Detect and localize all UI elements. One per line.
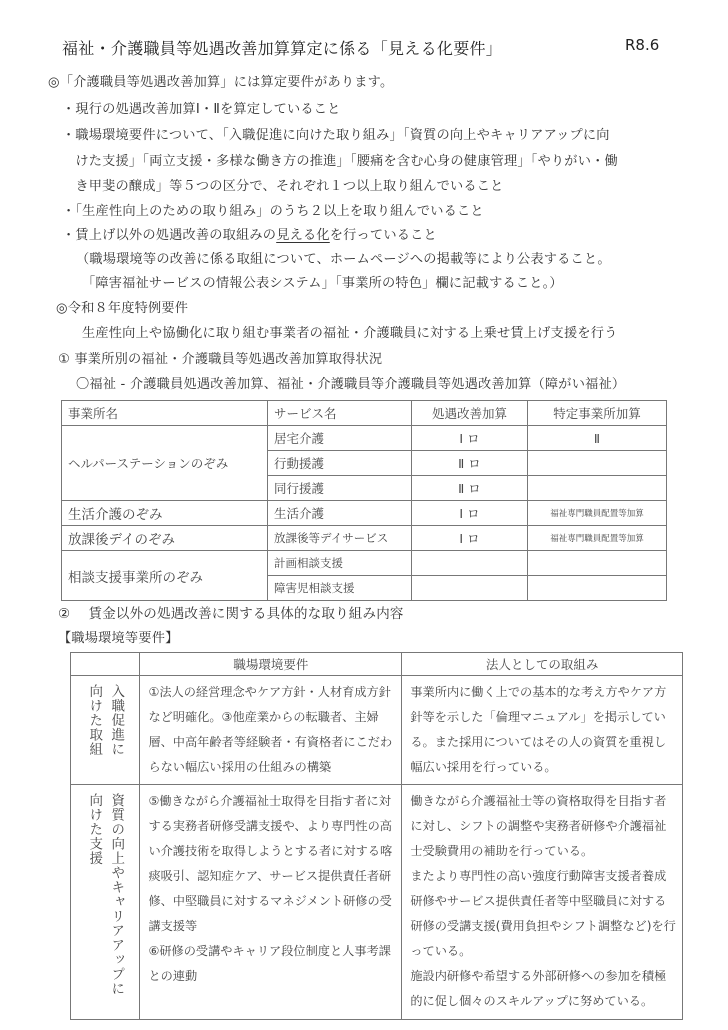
category-cell: 入職促進に 向けた取組 xyxy=(71,676,140,785)
allowance-status-table: 事業所名 サービス名 処遇改善加算 特定事業所加算 ヘルパーステーションのぞみ … xyxy=(61,400,667,601)
tokutei-value xyxy=(528,476,667,501)
intro-note: 「障害福祉サービスの情報公表システム」「事業所の特色」欄に記載すること。） xyxy=(82,272,563,291)
requirement-text: ①法人の経営理念やケア方針・人材育成方針など明確化。③他産業からの転職者、主婦層… xyxy=(140,676,402,785)
header-office: 事業所名 xyxy=(62,401,268,426)
table-row: 相談支援事業所のぞみ 計画相談支援 xyxy=(62,551,667,576)
section1-heading: ① 事業所別の福祉・介護職員等処遇改善加算取得状況 xyxy=(58,348,382,367)
table-row: ヘルパーステーションのぞみ 居宅介護 Ⅰ ロ Ⅱ xyxy=(62,426,667,451)
action-text: 事業所内に働く上での基本的な考え方やケア方針等を示した「倫理マニュアル」を掲示し… xyxy=(402,676,683,785)
office-name: 相談支援事業所のぞみ xyxy=(62,551,268,601)
workplace-requirements-table: 職場環境要件 法人としての取組み 入職促進に 向けた取組 ①法人の経営理念やケア… xyxy=(70,652,683,1020)
intro-note: （職場環境等の改善に係る取組について、ホームページへの掲載等により公表すること。 xyxy=(76,248,611,267)
requirement-text: ⑤働きながら介護福祉士取得を目指す者に対する実務者研修受講支援や、より専門性の高… xyxy=(140,785,402,1020)
document-title: 福祉・介護職員等処遇改善加算算定に係る「見える化要件」 xyxy=(62,36,502,59)
section2-heading: ② 賃金以外の処遇改善に関する具体的な取り組み内容 xyxy=(58,602,404,622)
header-action: 法人としての取組み xyxy=(402,653,683,676)
office-name: 生活介護のぞみ xyxy=(62,501,268,526)
service-name: 同行援護 xyxy=(268,476,412,501)
service-name: 障害児相談支援 xyxy=(268,576,412,601)
category-label: 資質の向上やキャリアアップに xyxy=(108,793,124,996)
service-name: 居宅介護 xyxy=(268,426,412,451)
office-name: ヘルパーステーションのぞみ xyxy=(62,426,268,501)
header-kaizen: 処遇改善加算 xyxy=(412,401,528,426)
category-cell: 資質の向上やキャリアアップに 向けた支援 xyxy=(71,785,140,1020)
service-name: 行動援護 xyxy=(268,451,412,476)
visibility-suffix: を行っていること xyxy=(330,228,437,243)
table-row: 入職促進に 向けた取組 ①法人の経営理念やケア方針・人材育成方針など明確化。③他… xyxy=(71,676,683,785)
tokutei-value xyxy=(528,576,667,601)
section1-subheading: 〇福祉 - 介護職員処遇改善加算、福祉・介護職員等介護職員等処遇改善加算（障がい… xyxy=(76,373,625,392)
visibility-bullet: ・賃上げ以外の処遇改善の取組みの見える化を行っていること xyxy=(62,224,437,243)
kaizen-value xyxy=(412,551,528,576)
table-row: 資質の向上やキャリアアップに 向けた支援 ⑤働きながら介護福祉士取得を目指す者に… xyxy=(71,785,683,1020)
special-heading: ◎令和８年度特例要件 xyxy=(56,297,188,316)
header-service: サービス名 xyxy=(268,401,412,426)
table-row: 生活介護のぞみ 生活介護 Ⅰ ロ 福祉専門職員配置等加算 xyxy=(62,501,667,526)
kaizen-value: Ⅰ ロ xyxy=(412,526,528,551)
kaizen-value: Ⅰ ロ xyxy=(412,426,528,451)
intro-bullet: けた支援」「両立支援・多様な働き方の推進」「腰痛を含む心身の健康管理」「やりがい… xyxy=(62,150,618,169)
header-tokutei: 特定事業所加算 xyxy=(528,401,667,426)
kaizen-value xyxy=(412,576,528,601)
tokutei-value xyxy=(528,551,667,576)
intro-heading: ◎「介護職員等処遇改善加算」には算定要件があります。 xyxy=(48,71,393,90)
intro-bullet: き甲斐の醸成」等５つの区分で、それぞれ１つ以上取り組んでいること xyxy=(62,175,504,194)
table-header-row: 事業所名 サービス名 処遇改善加算 特定事業所加算 xyxy=(62,401,667,426)
tokutei-value xyxy=(528,451,667,476)
revision-label: R8.6 xyxy=(625,36,659,54)
tokutei-value: 福祉専門職員配置等加算 xyxy=(528,526,667,551)
service-name: 放課後等デイサービス xyxy=(268,526,412,551)
header-requirement: 職場環境要件 xyxy=(140,653,402,676)
table-header-row: 職場環境要件 法人としての取組み xyxy=(71,653,683,676)
kaizen-value: Ⅱ ロ xyxy=(412,476,528,501)
category-label: 向けた取組 xyxy=(86,684,102,757)
kaizen-value: Ⅰ ロ xyxy=(412,501,528,526)
header-category xyxy=(71,653,140,676)
tokutei-value: Ⅱ xyxy=(528,426,667,451)
category-label: 向けた支援 xyxy=(86,793,102,996)
intro-bullet: ・職場環境要件について、「入職促進に向けた取り組み」「資質の向上やキャリアアップ… xyxy=(62,124,610,143)
intro-bullet: ・「生産性向上のための取り組み」のうち２以上を取り組んでいること xyxy=(62,200,484,219)
special-text: 生産性向上や協働化に取り組む事業者の福祉・介護職員に対する上乗せ賃上げ支援を行う xyxy=(82,322,618,341)
service-name: 生活介護 xyxy=(268,501,412,526)
section2-subheading: 【職場環境等要件】 xyxy=(58,627,179,646)
table-row: 放課後デイのぞみ 放課後等デイサービス Ⅰ ロ 福祉専門職員配置等加算 xyxy=(62,526,667,551)
visibility-prefix: ・賃上げ以外の処遇改善の取組みの xyxy=(62,228,276,243)
office-name: 放課後デイのぞみ xyxy=(62,526,268,551)
category-label: 入職促進に xyxy=(108,684,124,757)
intro-bullet: ・現行の処遇改善加算Ⅰ・Ⅱを算定していること xyxy=(62,98,341,117)
kaizen-value: Ⅱ ロ xyxy=(412,451,528,476)
service-name: 計画相談支援 xyxy=(268,551,412,576)
action-text: 働きながら介護福祉士等の資格取得を目指す者に対し、シフトの調整や実務者研修や介護… xyxy=(402,785,683,1020)
tokutei-value: 福祉専門職員配置等加算 xyxy=(528,501,667,526)
visibility-emphasis: 見える化 xyxy=(276,228,330,243)
